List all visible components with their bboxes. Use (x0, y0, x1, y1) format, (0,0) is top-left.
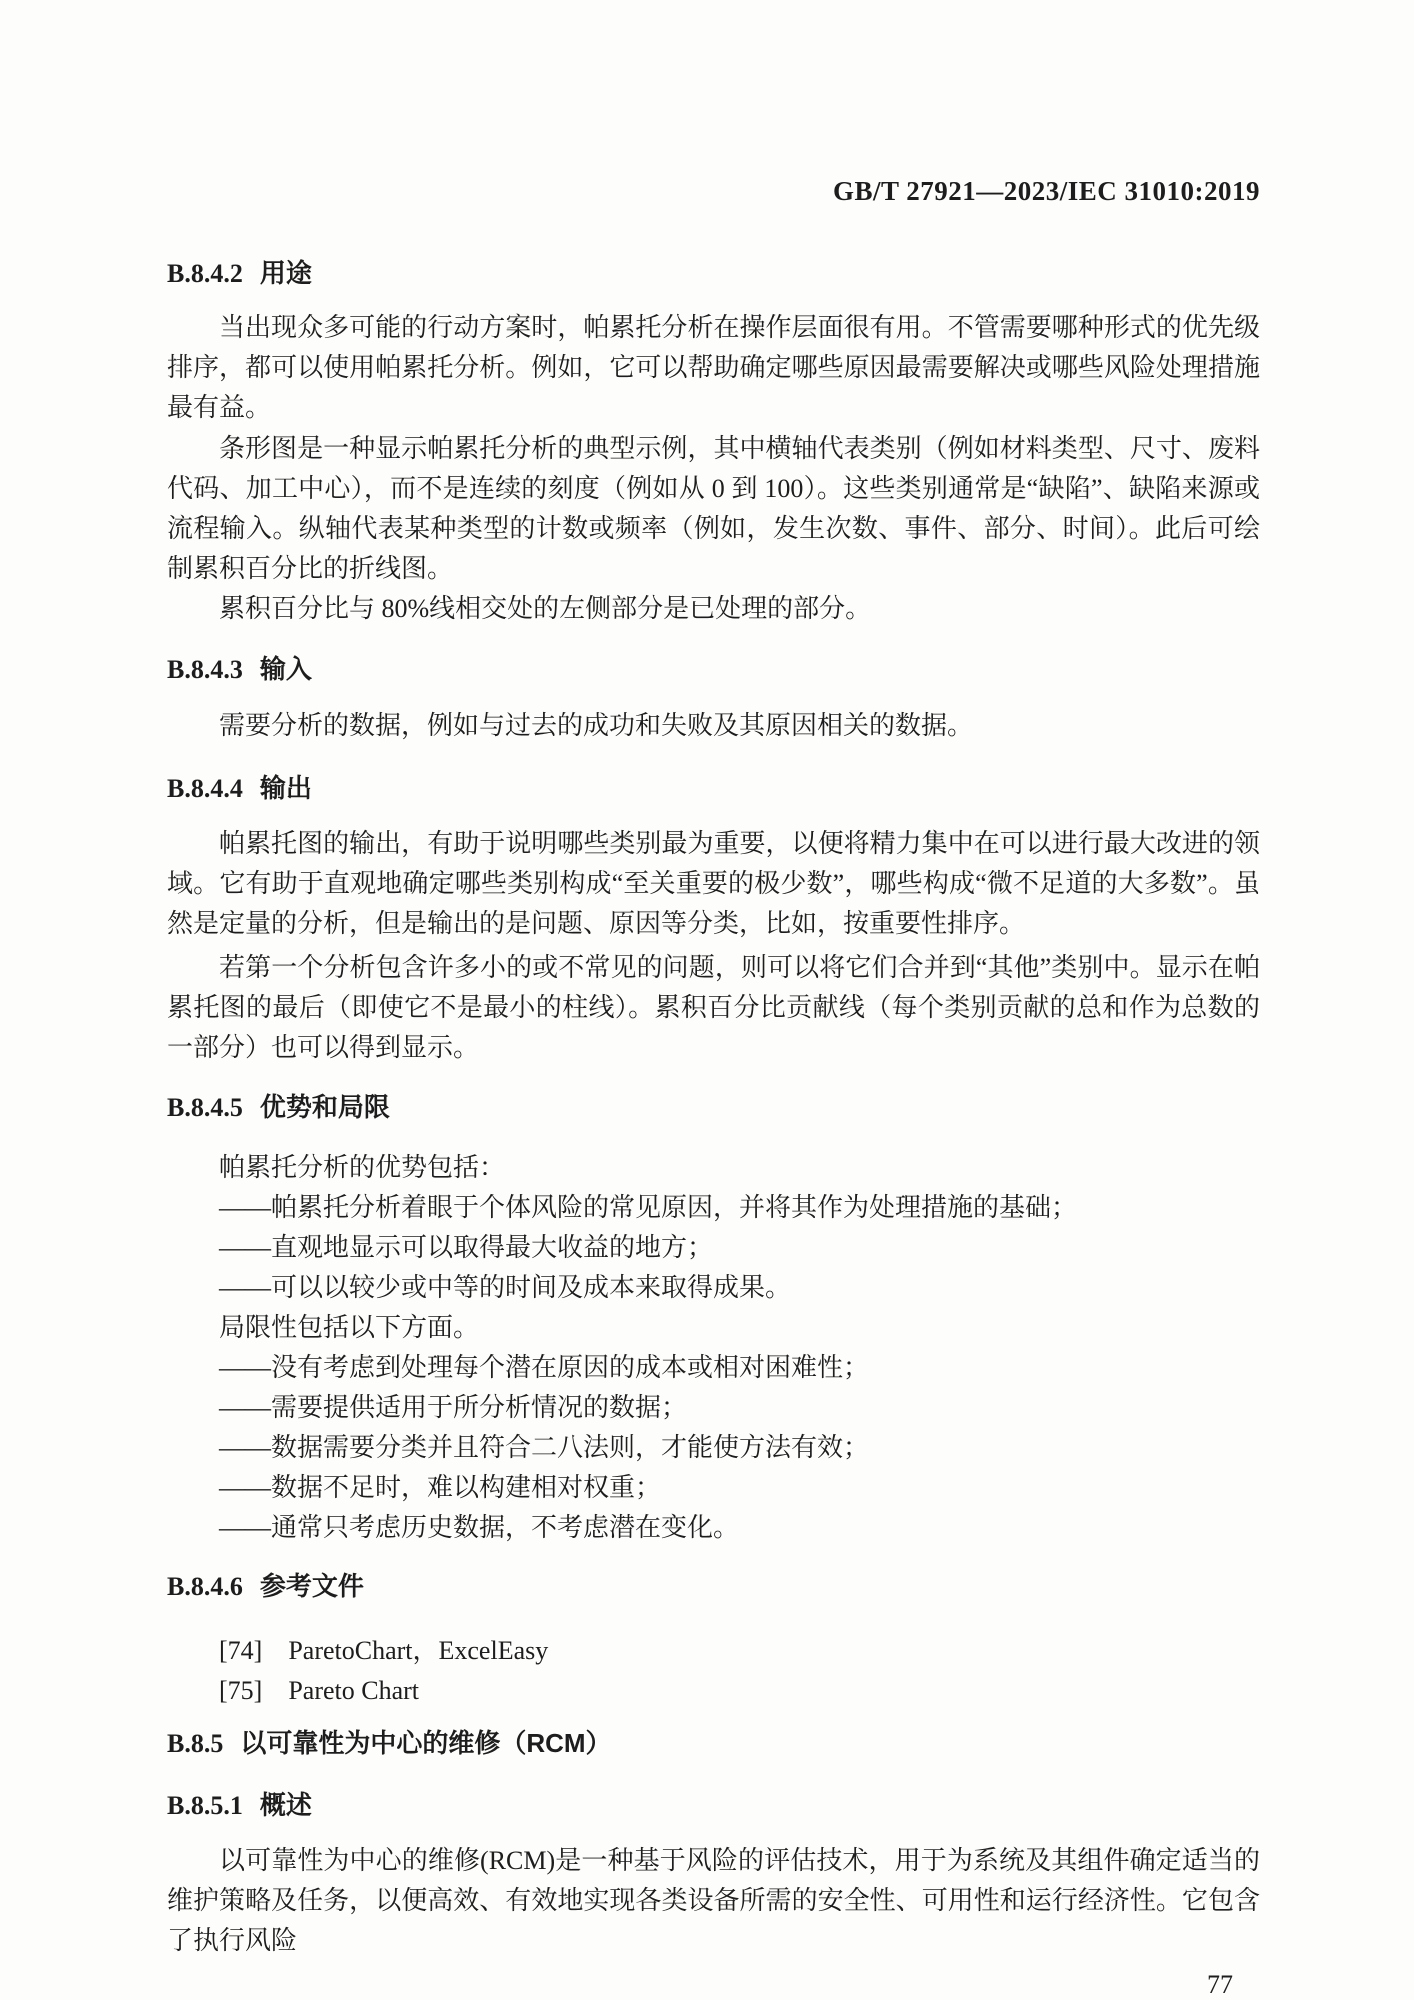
list-item: ——可以以较少或中等的时间及成本来取得成果。 (167, 1268, 1260, 1308)
page-number: 77 (167, 1965, 1260, 2000)
section-heading-b85: B.8.5以可靠性为中心的维修（RCM） (167, 1723, 1260, 1764)
list-item: ——需要提供适用于所分析情况的数据； (167, 1388, 1260, 1428)
paragraph: 若第一个分析包含许多小的或不常见的问题，则可以将它们合并到“其他”类别中。显示在… (167, 948, 1260, 1068)
reference-item: [74]ParetoChart，ExcelEasy (167, 1631, 1260, 1671)
heading-title: 优势和局限 (260, 1092, 390, 1122)
list-item: ——数据需要分类并且符合二八法则，才能使方法有效； (167, 1428, 1260, 1468)
heading-title: 参考文件 (260, 1571, 364, 1601)
heading-number: B.8.4.4 (167, 774, 243, 803)
section-heading-b846: B.8.4.6参考文件 (167, 1566, 1260, 1607)
section-heading-b845: B.8.4.5优势和局限 (167, 1087, 1260, 1128)
list-intro: 局限性包括以下方面。 (167, 1308, 1260, 1348)
running-header: GB/T 27921—2023/IEC 31010:2019 (167, 176, 1260, 206)
heading-number: B.8.4.3 (167, 655, 243, 684)
standard-number: GB/T 27921—2023/IEC 31010:2019 (833, 176, 1260, 206)
heading-title: 输入 (260, 654, 312, 684)
heading-title: 用途 (260, 258, 312, 288)
list-item: ——直观地显示可以取得最大收益的地方； (167, 1228, 1260, 1268)
heading-title: 输出 (260, 773, 312, 803)
heading-number: B.8.4.6 (167, 1572, 243, 1601)
reference-number: [75] (219, 1671, 262, 1711)
paragraph: 当出现众多可能的行动方案时，帕累托分析在操作层面很有用。不管需要哪种形式的优先级… (167, 308, 1260, 428)
section-heading-b851: B.8.5.1概述 (167, 1785, 1260, 1826)
reference-text: Pareto Chart (288, 1676, 419, 1705)
list-intro: 帕累托分析的优势包括： (167, 1148, 1260, 1188)
reference-item: [75]Pareto Chart (167, 1671, 1260, 1711)
heading-title: 概述 (260, 1790, 312, 1820)
heading-number: B.8.4.5 (167, 1093, 243, 1122)
page-content: GB/T 27921—2023/IEC 31010:2019 B.8.4.2用途… (167, 176, 1260, 2000)
reference-number: [74] (219, 1631, 262, 1671)
list-item: ——帕累托分析着眼于个体风险的常见原因，并将其作为处理措施的基础； (167, 1188, 1260, 1228)
section-heading-b842: B.8.4.2用途 (167, 253, 1260, 294)
document-page: GB/T 27921—2023/IEC 31010:2019 B.8.4.2用途… (0, 0, 1414, 2000)
section-heading-b844: B.8.4.4输出 (167, 768, 1260, 809)
heading-number: B.8.4.2 (167, 259, 243, 288)
paragraph: 以可靠性为中心的维修(RCM)是一种基于风险的评估技术，用于为系统及其组件确定适… (167, 1841, 1260, 1961)
paragraph: 需要分析的数据，例如与过去的成功和失败及其原因相关的数据。 (167, 706, 1260, 746)
heading-number: B.8.5.1 (167, 1791, 243, 1820)
paragraph: 累积百分比与 80%线相交处的左侧部分是已处理的部分。 (167, 589, 1260, 629)
list-item: ——数据不足时，难以构建相对权重； (167, 1468, 1260, 1508)
heading-title: 以可靠性为中心的维修（RCM） (240, 1728, 611, 1758)
heading-number: B.8.5 (167, 1729, 223, 1758)
paragraph: 条形图是一种显示帕累托分析的典型示例，其中横轴代表类别（例如材料类型、尺寸、废料… (167, 429, 1260, 589)
paragraph: 帕累托图的输出，有助于说明哪些类别最为重要，以便将精力集中在可以进行最大改进的领… (167, 824, 1260, 944)
list-item: ——没有考虑到处理每个潜在原因的成本或相对困难性； (167, 1348, 1260, 1388)
list-item: ——通常只考虑历史数据，不考虑潜在变化。 (167, 1508, 1260, 1548)
section-heading-b843: B.8.4.3输入 (167, 649, 1260, 690)
reference-text: ParetoChart，ExcelEasy (288, 1636, 548, 1665)
